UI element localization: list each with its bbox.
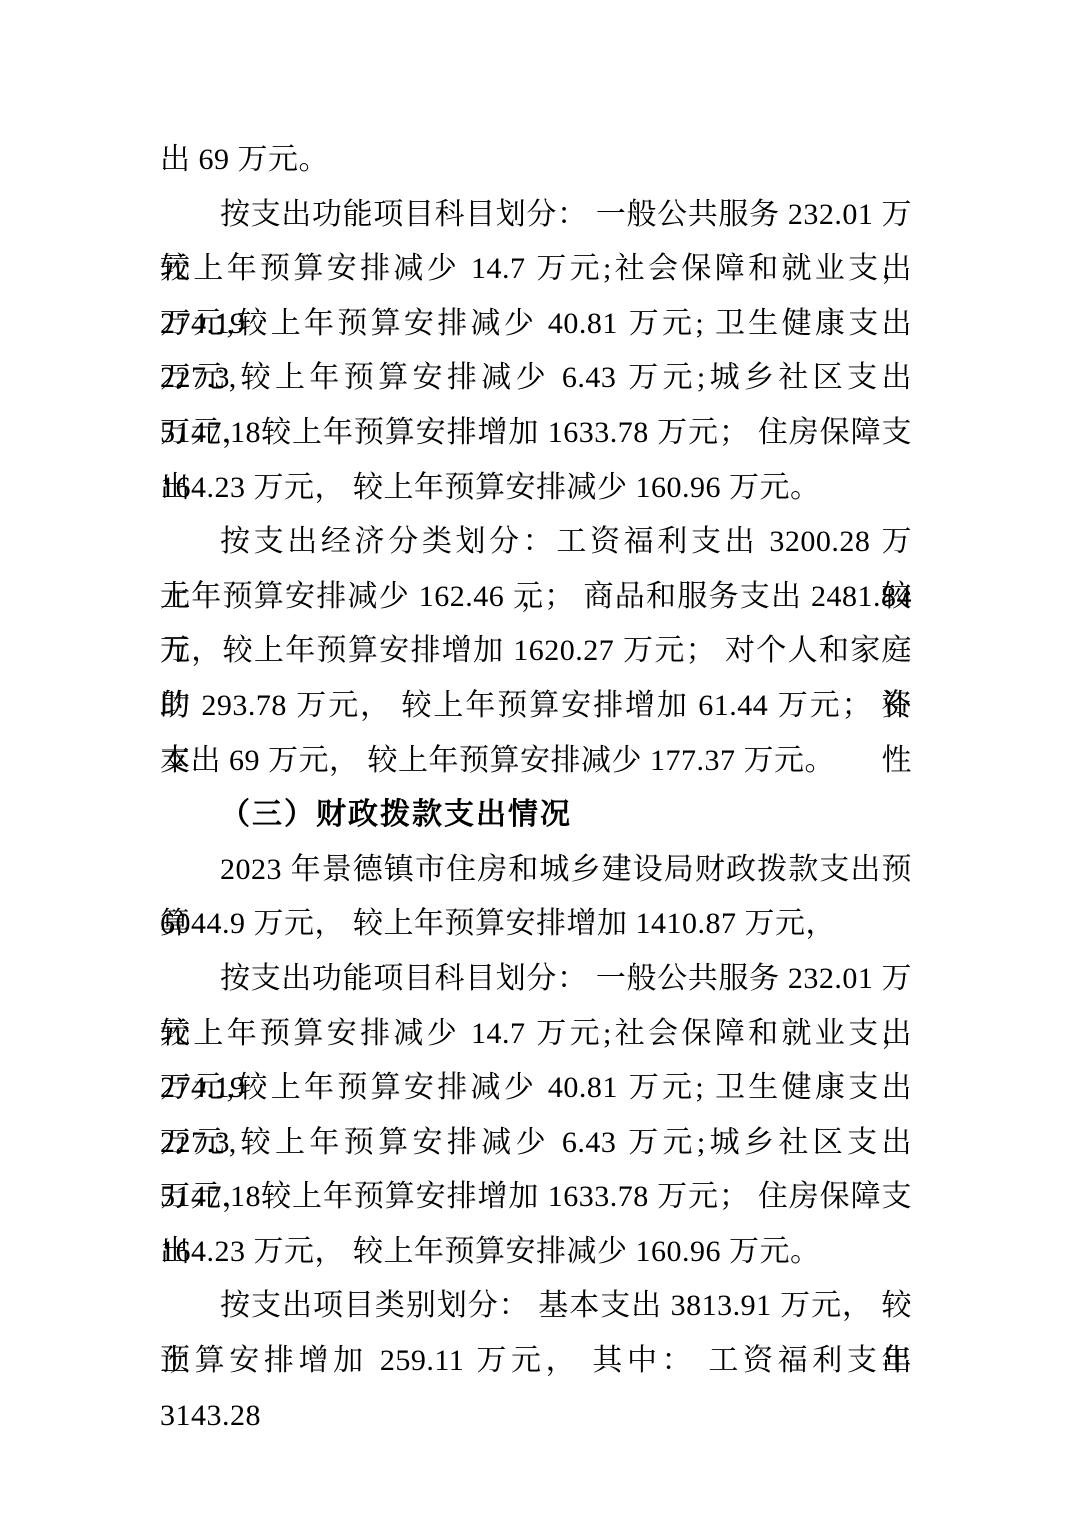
- paragraph-first-line: 按支出经济分类划分：工资福利支出 3200.28 万元，较: [160, 515, 912, 570]
- paragraph-line: 万元,较上年预算安排减少 40.81 万元; 卫生健康支出 227.3: [160, 1061, 912, 1116]
- paragraph-first-line: 2023 年景德镇市住房和城乡建设局财政拨款支出预算: [160, 843, 912, 898]
- section-heading: （三）财政拨款支出情况: [160, 788, 912, 843]
- paragraph-line: 预算安排增加 259.11 万元， 其中： 工资福利支出 3143.28: [160, 1334, 912, 1389]
- paragraph-first-line: 按支出项目类别划分： 基本支出 3813.91 万元， 较上年: [160, 1279, 912, 1334]
- paragraph-end-line: 6044.9 万元， 较上年预算安排增加 1410.87 万元，: [160, 897, 912, 952]
- document-text-block: 出 69 万元。 按支出功能项目科目划分： 一般公共服务 232.01 万元， …: [160, 133, 912, 1389]
- paragraph-line: 万元， 较上年预算安排增加 1633.78 万元； 住房保障支出: [160, 406, 912, 461]
- paragraph-first-line: 按支出功能项目科目划分： 一般公共服务 232.01 万元，: [160, 952, 912, 1007]
- paragraph-line: 较上年预算安排减少 14.7 万元;社会保障和就业支出 274.19: [160, 1007, 912, 1062]
- paragraph-line: 万元,较上年预算安排减少 40.81 万元; 卫生健康支出 227.3: [160, 297, 912, 352]
- paragraph-line: 万元， 较上年预算安排增加 1633.78 万元； 住房保障支出: [160, 1170, 912, 1225]
- paragraph-first-line: 按支出功能项目科目划分： 一般公共服务 232.01 万元，: [160, 188, 912, 243]
- document-page: 出 69 万元。 按支出功能项目科目划分： 一般公共服务 232.01 万元， …: [0, 0, 1074, 1520]
- paragraph-line: 上年预算安排减少 162.46 元； 商品和服务支出 2481.84 万: [160, 570, 912, 625]
- paragraph-line: 较上年预算安排减少 14.7 万元;社会保障和就业支出 274.19: [160, 242, 912, 297]
- paragraph-line: 万元,较上年预算安排减少 6.43 万元;城乡社区支出 5147.18: [160, 351, 912, 406]
- paragraph-line: 元，较上年预算安排增加 1620.27 万元； 对个人和家庭的补: [160, 624, 912, 679]
- paragraph-end-line: 支出 69 万元， 较上年预算安排减少 177.37 万元。: [160, 734, 912, 789]
- paragraph-end-line: 164.23 万元， 较上年预算安排减少 160.96 万元。: [160, 1225, 912, 1280]
- paragraph-line: 万元,较上年预算安排减少 6.43 万元;城乡社区支出 5147.18: [160, 1116, 912, 1171]
- paragraph-line: 助 293.78 万元， 较上年预算安排增加 61.44 万元； 资本性: [160, 679, 912, 734]
- paragraph-end-line: 出 69 万元。: [160, 133, 912, 188]
- paragraph-end-line: 164.23 万元， 较上年预算安排减少 160.96 万元。: [160, 461, 912, 516]
